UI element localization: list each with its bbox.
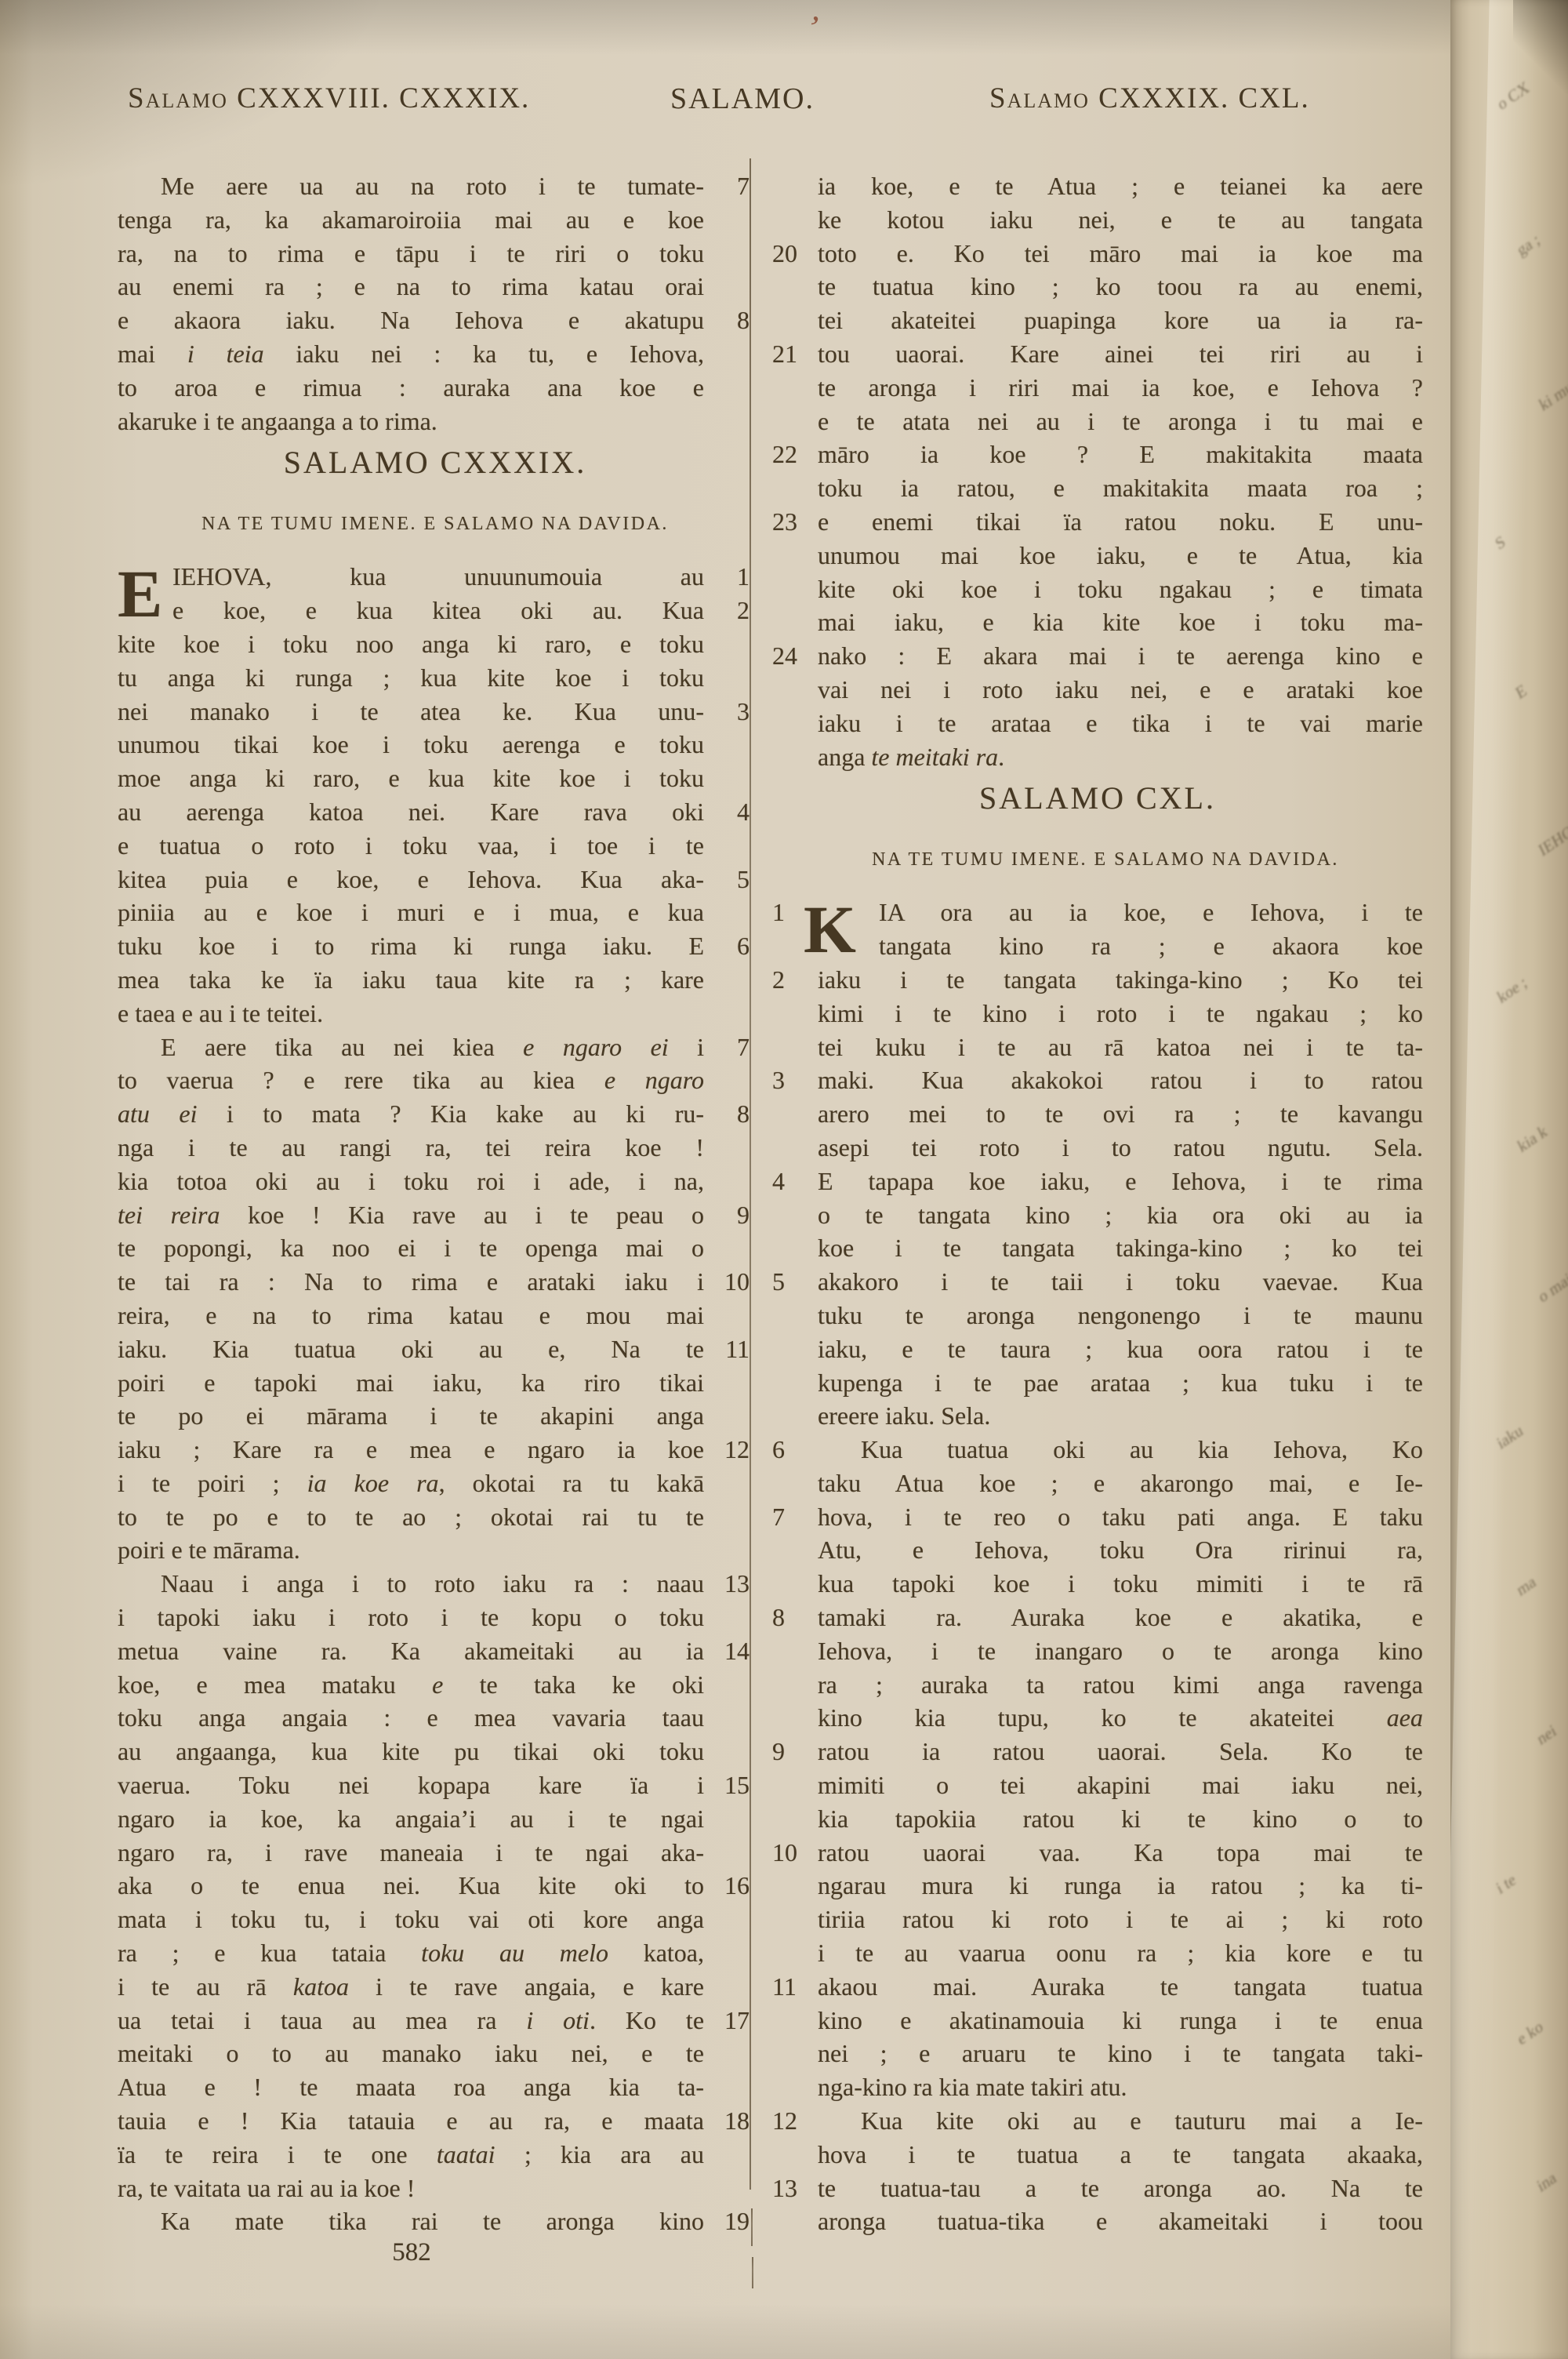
- verse-line: koe i te tangata takinga-kino ; ko tei: [772, 1231, 1423, 1265]
- verse-line: poiri e te mārama.: [118, 1533, 753, 1567]
- running-header-right: Salamo CXXXIX. CXL.: [989, 82, 1310, 127]
- verse-line: tuku te aronga nengonengo i te maunu: [772, 1299, 1423, 1332]
- verse-line: Iehova, i te inangaro o te aronga kino: [772, 1634, 1423, 1668]
- verse-line: te tuatua kino ; ko toou ra au enemi,: [772, 270, 1423, 304]
- verse-line: nei ; e aruaru te kino i te tangata taki…: [772, 2037, 1423, 2070]
- verse-number: 19: [724, 2205, 750, 2238]
- verse-line: te aronga i riri mai ia koe, e Iehova ?: [772, 371, 1423, 405]
- verse-line: nga i te au rangi ra, tei reira koe !: [118, 1131, 753, 1165]
- verse-line: reira, e na to rima katau e mou mai: [118, 1299, 753, 1332]
- verse-line: tei akateitei puapinga kore ua ia ra-: [772, 304, 1423, 337]
- verse-number: 1: [737, 560, 750, 594]
- verse-number: 5: [737, 863, 750, 896]
- verse-line: e te atata nei au i te aronga i tu mai e: [772, 405, 1423, 438]
- page-edge-ghost-text: E: [1513, 681, 1530, 704]
- verse-line: 10te tai ra : Na to rima e arataki iaku …: [118, 1265, 753, 1299]
- verse-line: 1EIEHOVA, kua unuunumouia au: [118, 560, 753, 594]
- verse-line: kino kia tupu, ko te akateitei aea: [772, 1701, 1423, 1735]
- verse-line: ra, na to rima e tāpu i te riri o toku: [118, 237, 753, 271]
- verse-line: to te po e to te ao ; okotai rai tu te: [118, 1500, 753, 1534]
- page-edge-ghost-text: i te: [1494, 1870, 1519, 1899]
- verse-line: mai i teia iaku nei : ka tu, e Iehova,: [118, 337, 753, 371]
- verse-line: 7Me aere ua au na roto i te tumate-: [118, 169, 753, 203]
- verse-line: kino e akatinamouia ki runga i te enua: [772, 2004, 1423, 2037]
- verse-line: koe, e mea mataku e te taka ke oki: [118, 1668, 753, 1702]
- verse-line: ngarau mura ki runga ia ratou ; ka ti-: [772, 1869, 1423, 1903]
- verse-line: 8tamaki ra. Auraka koe e akatika, e: [772, 1601, 1423, 1634]
- verse-line: 9ratou ia ratou uaorai. Sela. Ko te: [772, 1735, 1423, 1768]
- verse-number: 24: [772, 639, 811, 673]
- page-edge-ghost-text: iaku: [1494, 1420, 1526, 1454]
- running-header-left: Salamo CXXXVIII. CXXXIX.: [128, 82, 530, 127]
- page-edge-ghost-text: koe ;: [1494, 972, 1530, 1009]
- page-edge-ghost-text: ma: [1514, 1572, 1539, 1601]
- verse-number: 13: [772, 2172, 811, 2205]
- verse-line: au enemi ra ; e na to rima katau orai: [118, 270, 753, 304]
- verse-line: unumou mai koe iaku, e te Atua, kia: [772, 539, 1423, 572]
- verse-line: ngaro ra, i rave maneaia i te ngai aka-: [118, 1836, 753, 1870]
- page-edge-ghost-text: o mai: [1536, 1269, 1568, 1307]
- verse-line: 10ratou uaorai vaa. Ka topa mai te: [772, 1836, 1423, 1870]
- page-edge-ghost-text: S: [1492, 532, 1508, 554]
- verse-line: mai iaku, e kia kite koe i toku ma-: [772, 605, 1423, 639]
- psalm-attribution: NA TE TUMU IMENE. E SALAMO NA DAVIDA.: [118, 488, 753, 560]
- verse-line: iaku i te arataa e tika i te vai marie: [772, 707, 1423, 740]
- verse-line: taku Atua koe ; e akarongo mai, e Ie-: [772, 1467, 1423, 1500]
- verse-line: piniia au e koe i muri e i mua, e kua: [118, 896, 753, 929]
- photo-corner-shadow: [1513, 0, 1568, 94]
- verse-line: ra ; auraka ta ratou kimi anga ravenga: [772, 1668, 1423, 1702]
- verse-line: i te au rā katoa i te rave angaia, e kar…: [118, 1970, 753, 2004]
- verse-line: 13Naau i anga i to roto iaku ra : naau: [118, 1567, 753, 1601]
- verse-line: 16aka o te enua nei. Kua kite oki to: [118, 1869, 753, 1903]
- verse-line: 9tei reira koe ! Kia rave au i te peau o: [118, 1198, 753, 1232]
- verse-line: 11akaou mai. Auraka te tangata tuatua: [772, 1970, 1423, 2004]
- verse-number: 16: [724, 1869, 750, 1903]
- verse-line: 24nako : E akara mai i te aerenga kino e: [772, 639, 1423, 673]
- verse-line: mimiti o tei akapini mai iaku nei,: [772, 1768, 1423, 1802]
- page-edge-ghost-text: nei: [1534, 1721, 1559, 1750]
- verse-line: meitaki o to au manako iaku nei, e te: [118, 2037, 753, 2070]
- verse-number: 21: [772, 337, 811, 371]
- verse-line: tangata kino ra ; e akaora koe: [772, 929, 1423, 963]
- verse-line: e tuatua o roto i toku vaa, i toe i te: [118, 829, 753, 863]
- verse-number: 22: [772, 438, 811, 471]
- verse-line: hova i te tuatua a te tangata akaaka,: [772, 2138, 1423, 2172]
- verse-line: 12Kua kite oki au e tauturu mai a Ie-: [772, 2104, 1423, 2138]
- verse-number: 2: [772, 963, 811, 997]
- verse-line: 13te tuatua-tau a te aronga ao. Na te: [772, 2172, 1423, 2205]
- verse-line: tenga ra, ka akamaroiroiia mai au e koe: [118, 203, 753, 237]
- verse-line: mata i toku tu, i toku vai oti kore anga: [118, 1903, 753, 1936]
- verse-line: poiri e tapoki mai iaku, ka riro tikai: [118, 1366, 753, 1400]
- verse-line: 7E aere tika au nei kiea e ngaro ei i: [118, 1030, 753, 1064]
- verse-line: kua tapoki koe i toku mimiti i te rā: [772, 1567, 1423, 1601]
- verse-line: kimi i te kino i roto i te ngakau ; ko: [772, 997, 1423, 1030]
- verse-line: kite koe i toku noo anga ki raro, e toku: [118, 627, 753, 661]
- verse-line: akaruke i te angaanga a to rima.: [118, 405, 753, 438]
- verse-line: kia tapokiia ratou ki te kino o to: [772, 1802, 1423, 1836]
- verse-number: 13: [724, 1567, 750, 1601]
- page-number: 582: [118, 2238, 706, 2267]
- psalm-attribution: NA TE TUMU IMENE. E SALAMO NA DAVIDA.: [772, 823, 1423, 896]
- page-edge-ghost-text: ina: [1534, 2168, 1559, 2197]
- verse-line: iaku, e te taura ; kua oora ratou i te: [772, 1332, 1423, 1366]
- page-edge-ghost-text: kia k: [1515, 1121, 1550, 1158]
- verse-line: e taea e au i te teitei.: [118, 997, 753, 1030]
- verse-line: i tapoki iaku i roto i te kopu o toku: [118, 1601, 753, 1634]
- verse-line: 2e koe, e kua kitea oki au. Kua: [118, 594, 753, 627]
- verse-line: 6Kua tuatua oki au kia Iehova, Ko: [772, 1433, 1423, 1467]
- verse-line: 14metua vaine ra. Ka akameitaki au ia: [118, 1634, 753, 1668]
- verse-line: kupenga i te pae arataa ; kua tuku i te: [772, 1366, 1423, 1400]
- verse-number: 6: [772, 1433, 811, 1467]
- verse-line: 1KIA ora au ia koe, e Iehova, i te: [772, 896, 1423, 929]
- verse-number: 11: [725, 1332, 750, 1366]
- page-edge-ghost-text: ga ;: [1514, 230, 1543, 261]
- verse-line: vai nei i roto iaku nei, e e arataki koe: [772, 673, 1423, 707]
- verse-number: 3: [772, 1063, 811, 1097]
- verse-number: 7: [772, 1500, 811, 1534]
- verse-line: o te tangata kino ; kia ora oki au ia: [772, 1198, 1423, 1232]
- verse-number: 7: [737, 169, 750, 203]
- verse-line: 12iaku ; Kare ra e mea e ngaro ia koe: [118, 1433, 753, 1467]
- verse-number: 9: [772, 1735, 811, 1768]
- verse-number: 12: [772, 2104, 811, 2138]
- verse-line: 20toto e. Ko tei māro mai ia koe ma: [772, 237, 1423, 271]
- psalm-heading: SALAMO CXL.: [772, 773, 1423, 823]
- verse-line: moe anga ki raro, e kua kite koe i toku: [118, 761, 753, 795]
- verse-number: 12: [724, 1433, 750, 1467]
- verse-line: aronga tuatua-tika e akameitaki i toou: [772, 2205, 1423, 2238]
- verse-line: to aroa e rimua : auraka ana koe e: [118, 371, 753, 405]
- verse-line: te po ei mārama i te akapini anga: [118, 1399, 753, 1433]
- verse-line: i te poiri ; ia koe ra, okotai ra tu kak…: [118, 1467, 753, 1500]
- verse-number: 2: [737, 594, 750, 627]
- verse-number: 5: [772, 1265, 811, 1299]
- verse-line: arero mei to te ovi ra ; te kavangu: [772, 1097, 1423, 1131]
- verse-line: ereere iaku. Sela.: [772, 1399, 1423, 1433]
- verse-line: 22māro ia koe ? E makitakita maata: [772, 438, 1423, 471]
- verse-line: Atua e ! te maata roa anga kia ta-: [118, 2070, 753, 2104]
- verse-number: 9: [737, 1198, 750, 1232]
- verse-number: 14: [724, 1634, 750, 1668]
- verse-line: 23e enemi tikai ïa ratou noku. E unu-: [772, 505, 1423, 539]
- verse-line: ia koe, e te Atua ; e teianei ka aere: [772, 169, 1423, 203]
- verse-number: 10: [772, 1836, 811, 1870]
- verse-line: 7hova, i te reo o taku pati anga. E taku: [772, 1500, 1423, 1534]
- verse-number: 4: [772, 1165, 811, 1198]
- verse-line: 21tou uaorai. Kare ainei tei riri au i: [772, 337, 1423, 371]
- verse-line: asepi tei roto i to ratou ngutu. Sela.: [772, 1131, 1423, 1165]
- verse-line: ïa te reira i te one taatai ; kia ara au: [118, 2138, 753, 2172]
- verse-number: 11: [772, 1970, 811, 2004]
- verse-number: 23: [772, 505, 811, 539]
- verse-line: au angaanga, kua kite pu tikai oki toku: [118, 1735, 753, 1768]
- verse-number: 15: [724, 1768, 750, 1802]
- verse-line: tei kuku i te au rā katoa nei i te ta-: [772, 1030, 1423, 1064]
- verse-number: 3: [737, 695, 750, 729]
- verse-line: Atu, e Iehova, toku Ora ririnui ra,: [772, 1533, 1423, 1567]
- verse-number: 8: [772, 1601, 811, 1634]
- verse-line: tu anga ki runga ; kua kite koe i toku: [118, 661, 753, 695]
- page-edge-ghost-text: IEHO: [1536, 821, 1568, 861]
- verse-number: 17: [724, 2004, 750, 2037]
- verse-line: unumou tikai koe i toku aerenga e toku: [118, 728, 753, 761]
- verse-line: 15vaerua. Toku nei kopapa kare ïa i: [118, 1768, 753, 1802]
- verse-line: 6tuku koe i to rima ki runga iaku. E: [118, 929, 753, 963]
- verse-line: 4au aerenga katoa nei. Kare rava oki: [118, 795, 753, 829]
- verse-line: te popongi, ka noo ei i te openga mai o: [118, 1231, 753, 1265]
- verse-line: 5kitea puia e koe, e Iehova. Kua aka-: [118, 863, 753, 896]
- page-edge-ghost-text: e ko: [1515, 2016, 1547, 2050]
- verse-line: 11iaku. Kia tuatua oki au e, Na te: [118, 1332, 753, 1366]
- column-divider-dash: [752, 2257, 753, 2288]
- verse-line: kia totoa oki au i toku roi i ade, i na,: [118, 1165, 753, 1198]
- verse-number: 10: [724, 1265, 750, 1299]
- verse-line: anga te meitaki ra.: [772, 740, 1423, 774]
- verse-line: ke kotou iaku nei, e te au tangata: [772, 203, 1423, 237]
- psalm-heading: SALAMO CXXXIX.: [118, 438, 753, 488]
- running-header-center: SALAMO.: [670, 82, 815, 127]
- verse-line: tiriia ratou ki roto i te ai ; ki roto: [772, 1903, 1423, 1936]
- stray-ink-mark: ’: [803, 7, 824, 49]
- verse-line: kite oki koe i toku ngakau ; e timata: [772, 572, 1423, 606]
- verse-line: 2iaku i te tangata takinga-kino ; Ko tei: [772, 963, 1423, 997]
- verse-line: 8atu ei i to mata ? Kia kake au ki ru-: [118, 1097, 753, 1131]
- verse-line: 4E tapapa koe iaku, e Iehova, i te rima: [772, 1165, 1423, 1198]
- scanned-book-page: Salamo CXXXVIII. CXXXIX. SALAMO. Salamo …: [0, 0, 1568, 2359]
- book-page-edge: o CXga ;ki muaSEIEHOkoe ;kia ko maiiakum…: [1450, 0, 1568, 2359]
- verse-line: 5akakoro i te taii i toku vaevae. Kua: [772, 1265, 1423, 1299]
- verse-line: ra, te vaitata ua rai au ia koe !: [118, 2172, 753, 2205]
- verse-line: ra ; e kua tataia toku au melo katoa,: [118, 1936, 753, 1970]
- verse-number: 6: [737, 929, 750, 963]
- page-edge-ghost-text: ki mua: [1536, 373, 1568, 416]
- verse-number: 7: [737, 1030, 750, 1064]
- verse-line: 8e akaora iaku. Na Iehova e akatupu: [118, 304, 753, 337]
- text-column-left: 7Me aere ua au na roto i te tumate-tenga…: [118, 169, 753, 2238]
- verse-line: toku ia ratou, e makitakita maata roa ;: [772, 471, 1423, 505]
- verse-line: to vaerua ? e rere tika au kiea e ngaro: [118, 1063, 753, 1097]
- verse-line: mea taka ke ïa iaku taua kite ra ; kare: [118, 963, 753, 997]
- verse-line: ngaro ia koe, ka angaia’i au i te ngai: [118, 1802, 753, 1836]
- verse-number: 8: [737, 1097, 750, 1131]
- text-column-right: ia koe, e te Atua ; e teianei ka aereke …: [772, 169, 1423, 2238]
- verse-line: 18tauia e ! Kia tatauia e au ra, e maata: [118, 2104, 753, 2138]
- verse-line: 3nei manako i te atea ke. Kua unu-: [118, 695, 753, 729]
- verse-line: nga-kino ra kia mate takiri atu.: [772, 2070, 1423, 2104]
- verse-number: 8: [737, 304, 750, 337]
- verse-line: 19Ka mate tika rai te aronga kino: [118, 2205, 753, 2238]
- verse-number: 18: [724, 2104, 750, 2138]
- verse-number: 20: [772, 237, 811, 271]
- verse-line: 3maki. Kua akakokoi ratou i to ratou: [772, 1063, 1423, 1097]
- verse-line: toku anga angaia : e mea vavaria taau: [118, 1701, 753, 1735]
- verse-line: 17ua tetai i taua au mea ra i oti. Ko te: [118, 2004, 753, 2037]
- verse-line: i te au vaarua oonu ra ; kia kore e tu: [772, 1936, 1423, 1970]
- verse-number: 4: [737, 795, 750, 829]
